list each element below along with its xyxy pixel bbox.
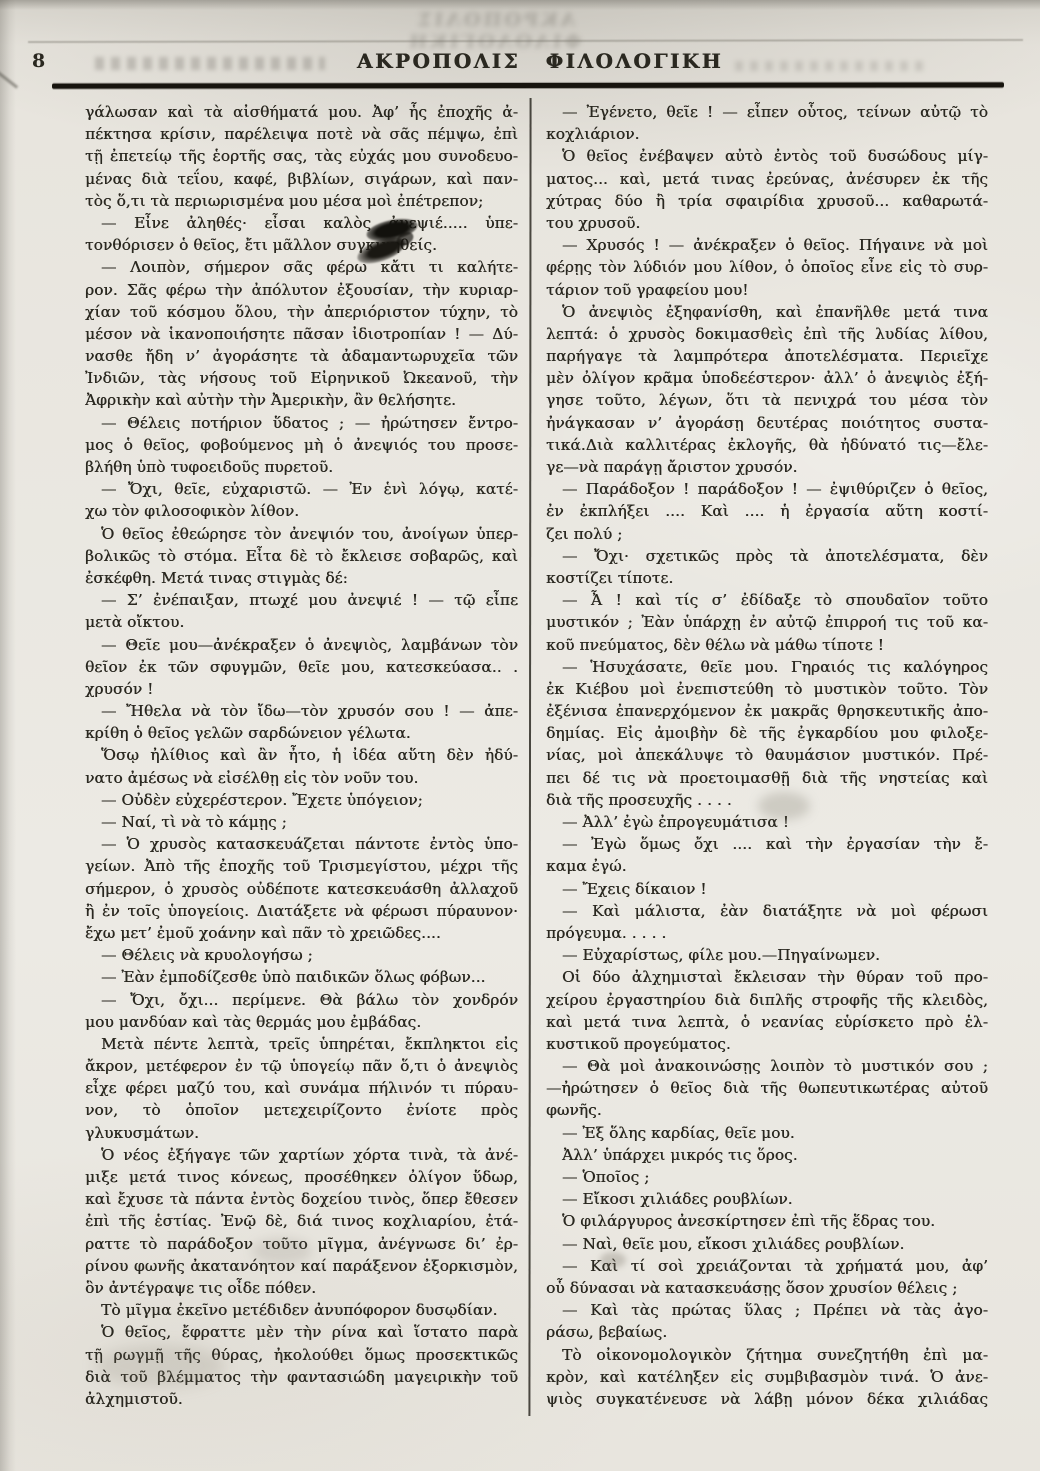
text-line: Ἀφρικὴν καὶ αὐτὴν τὴν Ἀμερικὴν, ἂν θελήσ…: [85, 389, 518, 411]
ink-blot: [356, 217, 426, 267]
paragraph: — Ἐγένετο, θεῖε ! — εἶπεν οὗτος, τείνων …: [546, 101, 988, 145]
text-line: δημίας. Εἰς ἀμοιβὴν δὲ τῆς ἐγκαρδίου μου…: [546, 722, 988, 744]
paragraph: Ὁ θεῖος ἐνέβαψεν αὐτὸ ἐντὸς τοῦ δυσώδους…: [546, 145, 988, 234]
text-line: νατο ἀμέσως νὰ εἰσέλθῃ εἰς τὸν νοῦν του.: [85, 767, 518, 789]
text-line: νασθε ἤδη ν’ ἀγοράσητε τὰ ἀδαμαντωρυχεῖα…: [85, 345, 518, 367]
text-line: κρίθη ὁ θεῖος γελῶν σαρδώνειον γέλωτα.: [85, 722, 518, 744]
text-line: Ὁ ἀνεψιὸς ἐξηφανίσθη, καὶ ἐπανῆλθε μετά …: [546, 301, 988, 323]
text-line: γλυκυσμάτων.: [85, 1122, 518, 1144]
paragraph: Ὁ θεῖος ἐθεώρησε τὸν ἀνεψιόν του, ἀνοίγω…: [85, 523, 518, 590]
paragraph: — Ναί, τὶ νὰ τὸ κάμῃς ;: [85, 811, 518, 833]
paragraph: — Θέλεις νὰ κρυολογήσω ;: [85, 944, 518, 966]
text-line: — Εἴκοσι χιλιάδες ρουβλίων.: [546, 1188, 988, 1210]
text-line: — Καὶ τὰς πρώτας ὕλας ; Πρέπει νὰ τὰς ἀγ…: [546, 1299, 988, 1321]
text-line: — Ἆ ! καὶ τίς σ’ ἐδίδαξε τὸ σπουδαῖον το…: [546, 589, 988, 611]
text-line: καὶ μετά τινα λεπτὰ, ὁ νεανίας εὑρίσκετο…: [546, 1011, 988, 1033]
text-line: τῇ ἐπετείῳ τῆς ἑορτῆς σας, τὰς εὐχάς μου…: [85, 145, 518, 167]
text-line: γάλωσαν καὶ τὰ αἰσθήματά μου. Ἀφ’ ἧς ἐπο…: [85, 101, 518, 123]
text-line: πρόγευμα. . . . .: [546, 922, 988, 944]
paragraph: — Ἡσυχάσατε, θεῖε μου. Γηραιός τις καλόγ…: [546, 656, 988, 811]
paragraph: Τὸ μῖγμα ἐκεῖνο μετέδιδεν ἀνυπόφορον δυσ…: [85, 1299, 518, 1321]
paragraph: — Ἐγὼ ὅμως ὄχι .... καὶ τὴν ἐργασίαν τὴν…: [546, 833, 988, 877]
newspaper-title: ΑΚΡΟΠΟΛΙΣ ΦΙΛΟΛΟΓΙΚΗ: [357, 49, 723, 73]
text-line: μέσον νὰ ἱκανοποιήσητε πᾶσαν ἰδιοτροπίαν…: [85, 323, 518, 345]
text-line: χρυσόν !: [85, 678, 518, 700]
text-line: — Οὐδὲν εὐχερέστερον. Ἔχετε ὑπόγειον;: [85, 789, 518, 811]
text-line: Ὁ νέος ἐξήγαγε τῶν χαρτίων χόρτα τινὰ, τ…: [85, 1144, 518, 1166]
text-line: ρον. Σᾶς φέρω τὴν ἀπόλυτον ἐξουσίαν, τὴν…: [85, 279, 518, 301]
text-line: — Ναὶ, θεῖε μου, εἴκοσι χιλιάδες ρουβλίω…: [546, 1233, 988, 1255]
text-line: — Εὐχαρίστως, φίλε μου.—Πηγαίνωμεν.: [546, 944, 988, 966]
paragraph: — Καὶ μάλιστα, ἐὰν διατάξητε νὰ μοὶ φέρω…: [546, 900, 988, 944]
text-line: οὗ δύνασαι νὰ κατασκευάσῃς ὅσον χρυσίον …: [546, 1277, 988, 1299]
text-line: ἐν ἐκπλήξει .... Καὶ .... ἡ ἐργασία αὕτη…: [546, 500, 988, 522]
text-line: ζει πολύ ;: [546, 523, 988, 545]
text-line: Ὁ θεῖος ἐθεώρησε τὸν ἀνεψιόν του, ἀνοίγω…: [85, 523, 518, 545]
paragraph: — Ὄχι· σχετικῶς πρὸς τὰ ἀποτελέσματα, δὲ…: [546, 545, 988, 589]
text-line: ἠνάγκασαν ν’ ἀγοράσῃ δευτέρας ποιότητος …: [546, 412, 988, 434]
text-line: — Ἤθελα νὰ τὸν ἴδω—τὸν χρυσόν σου ! — ἀπ…: [85, 700, 518, 722]
text-line: ἐξένισα ἐπανερχόμενον ἐκ μακρᾶς θρησκευτ…: [546, 700, 988, 722]
paragraph: — Λοιπὸν, σήμερον σᾶς φέρω κἄτι τι καλήτ…: [85, 256, 518, 411]
paragraph: — Ὄχι, ὄχι... περίμενε. Θὰ βάλω τὸν χονδ…: [85, 989, 518, 1033]
text-line: — Ἐγένετο, θεῖε ! — εἶπεν οὗτος, τείνων …: [546, 101, 988, 123]
text-line: τικά.Διὰ καλλιτέρας ἐκλογῆς, θὰ ἠδύνατό …: [546, 434, 988, 456]
text-line: μετὰ οἴκτου.: [85, 611, 518, 633]
text-line: — Ναί, τὶ νὰ τὸ κάμῃς ;: [85, 811, 518, 833]
paragraph: γάλωσαν καὶ τὰ αἰσθήματά μου. Ἀφ’ ἧς ἐπο…: [85, 101, 518, 212]
text-line: ἔχω μετ’ ἐμοῦ χοάνην καὶ πᾶν τὸ χρειῶδες…: [85, 922, 518, 944]
text-line: τονθόρισεν ὁ θεῖος, ἔτι μᾶλλον συγκινηθε…: [85, 234, 518, 256]
text-line: — Θέλεις νὰ κρυολογήσω ;: [85, 944, 518, 966]
text-line: μένας διὰ τεΐου, καφέ, βιβλίων, σιγάρων,…: [85, 168, 518, 190]
paragraph: Τὸ οἰκονομολογικὸν ζήτημα συνεζητήθη ἐπὶ…: [546, 1344, 988, 1411]
paragraph: — Εἴκοσι χιλιάδες ρουβλίων.: [546, 1188, 988, 1210]
paragraph: — Θεῖε μου—ἀνέκραξεν ὁ ἀνεψιὸς, λαμβάνων…: [85, 634, 518, 701]
text-line: Ὁ θεῖος, ἔφραττε μὲν τὴν ρίνα καὶ ἵστατο…: [85, 1321, 518, 1343]
text-line: — Ὄχι, θεῖε, εὐχαριστῶ. — Ἐν ἑνὶ λόγῳ, κ…: [85, 478, 518, 500]
paragraph: — Ἐὰν ἐμποδίζεσθε ὑπὸ παιδικῶν ὅλως φόβω…: [85, 966, 518, 988]
text-line: Οἱ δύο ἀλχημισταὶ ἔκλεισαν τὴν θύραν τοῦ…: [546, 966, 988, 988]
text-line: — Ἐγὼ ὅμως ὄχι .... καὶ τὴν ἐργασίαν τὴν…: [546, 833, 988, 855]
text-line: Ὁ θεῖος ἐνέβαψεν αὐτὸ ἐντὸς τοῦ δυσώδους…: [546, 145, 988, 167]
paragraph: — Ὁποῖος ;: [546, 1166, 988, 1188]
text-column-left: γάλωσαν καὶ τὰ αἰσθήματά μου. Ἀφ’ ἧς ἐπο…: [85, 101, 518, 1410]
paragraph: — Χρυσός ! — ἀνέκραξεν ὁ θεῖος. Πήγαινε …: [546, 234, 988, 301]
text-line: πέκτησα κρίσιν, παρέλειψα ποτὲ νὰ σᾶς πέ…: [85, 123, 518, 145]
text-line: ἐπὶ τῆς ἑστίας. Ἐνῷ δὲ, διά τινος κοχλια…: [85, 1210, 518, 1232]
paragraph: Ὅσῳ ἠλίθιος καὶ ἂν ἦτο, ἡ ἰδέα αὕτη δὲν …: [85, 744, 518, 788]
paragraph: — Ἀλλ’ ἐγὼ ἐπρογευμάτισα !: [546, 811, 988, 833]
paragraph: Ὁ νέος ἐξήγαγε τῶν χαρτίων χόρτα τινὰ, τ…: [85, 1144, 518, 1299]
paragraph: — Καὶ τί σοὶ χρειάζονται τὰ χρήματά μου,…: [546, 1255, 988, 1299]
text-line: χω τὸν φιλοσοφικὸν λίθον.: [85, 500, 518, 522]
paragraph: — Ναὶ, θεῖε μου, εἴκοσι χιλιάδες ρουβλίω…: [546, 1233, 988, 1255]
text-line: — Θὰ μοὶ ἀνακοινώσῃς λοιπὸν τὸ μυστικόν …: [546, 1055, 988, 1077]
text-line: κρὸν, καὶ κατέληξεν εἰς συμβιβασμὸν τινά…: [546, 1366, 988, 1388]
text-line: ἐσκέφθη. Μετά τινας στιγμὰς δέ:: [85, 567, 518, 589]
text-line: βλήθη ὑπὸ τυφοειδοῦς πυρετοῦ.: [85, 456, 518, 478]
paragraph: — Εὐχαρίστως, φίλε μου.—Πηγαίνωμεν.: [546, 944, 988, 966]
paragraph: — Θέλεις ποτήριον ὕδατος ; — ἠρώτησεν ἔν…: [85, 412, 518, 479]
text-line: — Θεῖε μου—ἀνέκραξεν ὁ ἀνεψιὸς, λαμβάνων…: [85, 634, 518, 656]
text-line: — Σ’ ἐνέπαιξαν, πτωχέ μου ἀνεψιέ ! — τῷ …: [85, 589, 518, 611]
text-line: γησε τοῦτο, λέγων, ὅτι τὰ πενιχρά του μέ…: [546, 389, 988, 411]
text-line: — Ἔχεις δίκαιον !: [546, 878, 988, 900]
paragraph: — Ἐξ ὅλης καρδίας, θεῖε μου.: [546, 1122, 988, 1144]
text-line: μου μανδύαν καὶ τὰς θερμάς μου ἐμβάδας.: [85, 1011, 518, 1033]
text-line: μιξε μετά τινος κόνεως, προσέθηκεν ὀλίγο…: [85, 1166, 518, 1188]
text-line: — Ἀλλ’ ἐγὼ ἐπρογευμάτισα !: [546, 811, 988, 833]
text-line: Ἀλλ’ ὑπάρχει μικρός τις ὅρος.: [546, 1144, 988, 1166]
text-line: μὲν ὀλίγον κρᾶμα ὑποδεέστερον· ἀλλ’ ὁ ἀν…: [546, 367, 988, 389]
header-smudge-left: [95, 57, 325, 70]
page-number: 8: [32, 50, 45, 72]
paragraph: — Ἤθελα νὰ τὸν ἴδω—τὸν χρυσόν σου ! — ἀπ…: [85, 700, 518, 744]
text-line: — Ἡσυχάσατε, θεῖε μου. Γηραιός τις καλόγ…: [546, 656, 988, 678]
text-line: σήμερον, ὁ χρυσὸς οὐδέποτε κατεσκευάσθη …: [85, 878, 518, 900]
text-line: — Ἐξ ὅλης καρδίας, θεῖε μου.: [546, 1122, 988, 1144]
text-line: ἄκρον, μετέφερον ἐν τῷ ὑπογείῳ πᾶν ὅ,τι …: [85, 1055, 518, 1077]
text-line: — Παράδοξον ! παράδοξον ! — ἐψιθύριζεν ὁ…: [546, 478, 988, 500]
text-line: του χρυσοῦ.: [546, 212, 988, 234]
text-line: ὃν ἀντέγραψε τις οἶδε πόθεν.: [85, 1277, 518, 1299]
text-line: ψιὸς συγκατένευσε νὰ λάβῃ μόνον δέκα χιλ…: [546, 1388, 988, 1410]
text-line: Τὸ οἰκονομολογικὸν ζήτημα συνεζητήθη ἐπὶ…: [546, 1344, 988, 1366]
text-line: Ὁ φιλάργυρος ἀνεσκίρτησεν ἐπὶ τῆς ἕδρας …: [546, 1210, 988, 1232]
paragraph: — Ὄχι, θεῖε, εὐχαριστῶ. — Ἐν ἑνὶ λόγῳ, κ…: [85, 478, 518, 522]
text-line: νον, τὸ ὁποῖον μετεχειρίζοντο ἐνίοτε πρὸ…: [85, 1099, 518, 1121]
paragraph: — Θὰ μοὶ ἀνακοινώσῃς λοιπὸν τὸ μυστικόν …: [546, 1055, 988, 1122]
paragraph: — Σ’ ἐνέπαιξαν, πτωχέ μου ἀνεψιέ ! — τῷ …: [85, 589, 518, 633]
text-line: εἶχε φέρει μαζύ του, καὶ συνάμα πήλινόν …: [85, 1077, 518, 1099]
text-line: καὶ ἔχυσε τὰ πάντα ἐντὸς δοχείου τινὸς, …: [85, 1188, 518, 1210]
paragraph: Ὁ φιλάργυρος ἀνεσκίρτησεν ἐπὶ τῆς ἕδρας …: [546, 1210, 988, 1232]
text-line: μυστικόν ; Ἐὰν ὑπάρχῃ ἐν αὐτῷ ἐπιρροή τι…: [546, 611, 988, 633]
text-line: βολικῶς τὸ στόμα. Εἶτα δὲ τὸ ἔκλεισε σοβ…: [85, 545, 518, 567]
text-line: καμα ἐγώ.: [546, 855, 988, 877]
text-line: ραττε τὸ παράδοξον τοῦτο μῖγμα, ἀνέγνωσε…: [85, 1233, 518, 1255]
column-divider: [528, 98, 531, 1416]
paragraph: — Ἔχεις δίκαιον !: [546, 878, 988, 900]
paragraph: — Εἶνε ἀληθές· εἶσαι καλὸς ἀνεψιέ..... ὑ…: [85, 212, 518, 256]
text-line: — Ὄχι, ὄχι... περίμενε. Θὰ βάλω τὸν χονδ…: [85, 989, 518, 1011]
paragraph: Οἱ δύο ἀλχημισταὶ ἔκλεισαν τὴν θύραν τοῦ…: [546, 966, 988, 1055]
text-line: χίαν τοῦ κόσμου ὅλου, τὴν ἀπεριόριστον τ…: [85, 301, 518, 323]
text-line: — Θέλεις ποτήριον ὕδατος ; — ἠρώτησεν ἔν…: [85, 412, 518, 434]
header-rule: [52, 82, 1004, 88]
text-line: τῇ ρωγμῇ τῆς θύρας, ἠκολούθει ὅμως προσε…: [85, 1344, 518, 1366]
text-line: φωνῆς.: [546, 1099, 988, 1121]
text-line: κυστικοῦ προγεύματος.: [546, 1033, 988, 1055]
text-line: — Καὶ μάλιστα, ἐὰν διατάξητε νὰ μοὶ φέρω…: [546, 900, 988, 922]
text-line: Ὅσῳ ἠλίθιος καὶ ἂν ἦτο, ἡ ἰδέα αὕτη δὲν …: [85, 744, 518, 766]
paragraph: Ἀλλ’ ὑπάρχει μικρός τις ὅρος.: [546, 1144, 988, 1166]
text-line: — Ὄχι· σχετικῶς πρὸς τὰ ἀποτελέσματα, δὲ…: [546, 545, 988, 567]
text-line: θεῖον ἐκ τῶν σφυγμῶν, θεῖε μου, κατεσκεύ…: [85, 656, 518, 678]
text-line: — Ἐὰν ἐμποδίζεσθε ὑπὸ παιδικῶν ὅλως φόβω…: [85, 966, 518, 988]
paragraph: — Ἆ ! καὶ τίς σ’ ἐδίδαξε τὸ σπουδαῖον το…: [546, 589, 988, 656]
scanned-newspaper-page: ΑΚΡΟΠΟΛΙΣ ΦΙΛΟΛΟΓΙΚΗ 8 ΑΚΡΟΠΟΛΙΣ ΦΙΛΟΛΟΓ…: [0, 0, 1040, 1471]
text-line: ρίνου φωνῆς ἀκατανόητον καί παράξενον ἐξ…: [85, 1255, 518, 1277]
text-line: χείρου ἐργαστηρίου διὰ διπλῆς στροφῆς τῆ…: [546, 989, 988, 1011]
text-line: ματος... καὶ, μετά τινας ἐρεύνας, ἀνέσυρ…: [546, 168, 988, 190]
text-line: — Χρυσός ! — ἀνέκραξεν ὁ θεῖος. Πήγαινε …: [546, 234, 988, 256]
text-line: — Ὁ χρυσὸς κατασκευάζεται πάντοτε ἐντὸς …: [85, 833, 518, 855]
scan-left-edge: [0, 0, 16, 1471]
text-line: — Ὁποῖος ;: [546, 1166, 988, 1188]
text-line: διὰ τῆς προσευχῆς . . . .: [546, 789, 988, 811]
text-line: — Εἶνε ἀληθές· εἶσαι καλὸς ἀνεψιέ..... ὑ…: [85, 212, 518, 234]
paragraph: — Παράδοξον ! παράδοξον ! — ἐψιθύριζεν ὁ…: [546, 478, 988, 545]
text-line: Μετὰ πέντε λεπτὰ, τρεῖς ὑπηρέται, ἔκπληκ…: [85, 1033, 518, 1055]
header-smudge-right: [735, 61, 925, 71]
text-line: ἀλχημιστοῦ.: [85, 1388, 518, 1410]
text-line: διὰ τοῦ βλέμματος τὴν φαντασιώδη μαγειρι…: [85, 1366, 518, 1388]
text-line: ἐκ Κιέβου μοὶ ἐνεπιστεύθη τὸ μυστικὸν το…: [546, 678, 988, 700]
paragraph: — Ὁ χρυσὸς κατασκευάζεται πάντοτε ἐντὸς …: [85, 833, 518, 944]
text-line: κοστίζει τίποτε.: [546, 567, 988, 589]
bleedthrough-text: ΑΚΡΟΠΟΛΙΣ ΦΙΛΟΛΟΓΙΚΗ: [319, 9, 671, 37]
text-line: λεπτά: ὁ χρυσὸς δοκιμασθεὶς ἐπὶ τῆς λυδί…: [546, 323, 988, 345]
text-line: γε—νὰ παράγῃ ἄριστον χρυσόν.: [546, 456, 988, 478]
text-line: πει δέ τις νὰ προετοιμασθῇ διὰ τῆς νηστε…: [546, 767, 988, 789]
text-line: κοῦ πνεύματος, δὲν θέλω νὰ μάθω τίποτε !: [546, 634, 988, 656]
paragraph: — Καὶ τὰς πρώτας ὕλας ; Πρέπει νὰ τὰς ἀγ…: [546, 1299, 988, 1343]
text-line: τὸς ὅ,τι τὰ περιωρισμένα μου μέσα μοὶ ἐπ…: [85, 190, 518, 212]
text-line: μος ὁ θεῖος, φοβούμενος μὴ ὁ ἀνεψιός του…: [85, 434, 518, 456]
text-line: — Λοιπὸν, σήμερον σᾶς φέρω κἄτι τι καλήτ…: [85, 256, 518, 278]
text-line: χύτρας δύο ἢ τρία σφαιρίδια χρυσοῦ... κα…: [546, 190, 988, 212]
text-line: φέρῃς τὸν λύδιόν μου λίθον, ὁ ὁποῖος εἶν…: [546, 256, 988, 278]
paragraph: Ὁ ἀνεψιὸς ἐξηφανίσθη, καὶ ἐπανῆλθε μετά …: [546, 301, 988, 479]
text-line: ράσω, βεβαίως.: [546, 1321, 988, 1343]
text-line: ἢ ἐν τοῖς ὑπογείοις. Διατάξετε νὰ φέρωσι…: [85, 900, 518, 922]
text-line: —ἠρώτησεν ὁ θεῖος διὰ τῆς θωπευτικωτέρας…: [546, 1077, 988, 1099]
text-line: — Καὶ τί σοὶ χρειάζονται τὰ χρήματά μου,…: [546, 1255, 988, 1277]
text-column-right: — Ἐγένετο, θεῖε ! — εἶπεν οὗτος, τείνων …: [546, 101, 988, 1410]
paragraph: — Οὐδὲν εὐχερέστερον. Ἔχετε ὑπόγειον;: [85, 789, 518, 811]
text-line: νίας, μοὶ ἀπεκάλυψε τὸ θαυμάσιον μυστικό…: [546, 744, 988, 766]
text-line: παρήγαγε τὰ λαμπρότερα ἀποτελέσματα. Περ…: [546, 345, 988, 367]
paragraph: Μετὰ πέντε λεπτὰ, τρεῖς ὑπηρέται, ἔκπληκ…: [85, 1033, 518, 1144]
text-line: Τὸ μῖγμα ἐκεῖνο μετέδιδεν ἀνυπόφορον δυσ…: [85, 1299, 518, 1321]
paragraph: Ὁ θεῖος, ἔφραττε μὲν τὴν ρίνα καὶ ἵστατο…: [85, 1321, 518, 1410]
text-line: κοχλιάριον.: [546, 123, 988, 145]
text-line: γείων. Ἀπὸ τῆς ἐποχῆς τοῦ Τρισμεγίστου, …: [85, 855, 518, 877]
text-line: Ἰνδιῶν, τὰς νήσους τοῦ Εἰρηνικοῦ Ὠκεανοῦ…: [85, 367, 518, 389]
text-line: τάριον τοῦ γραφείου μου!: [546, 279, 988, 301]
